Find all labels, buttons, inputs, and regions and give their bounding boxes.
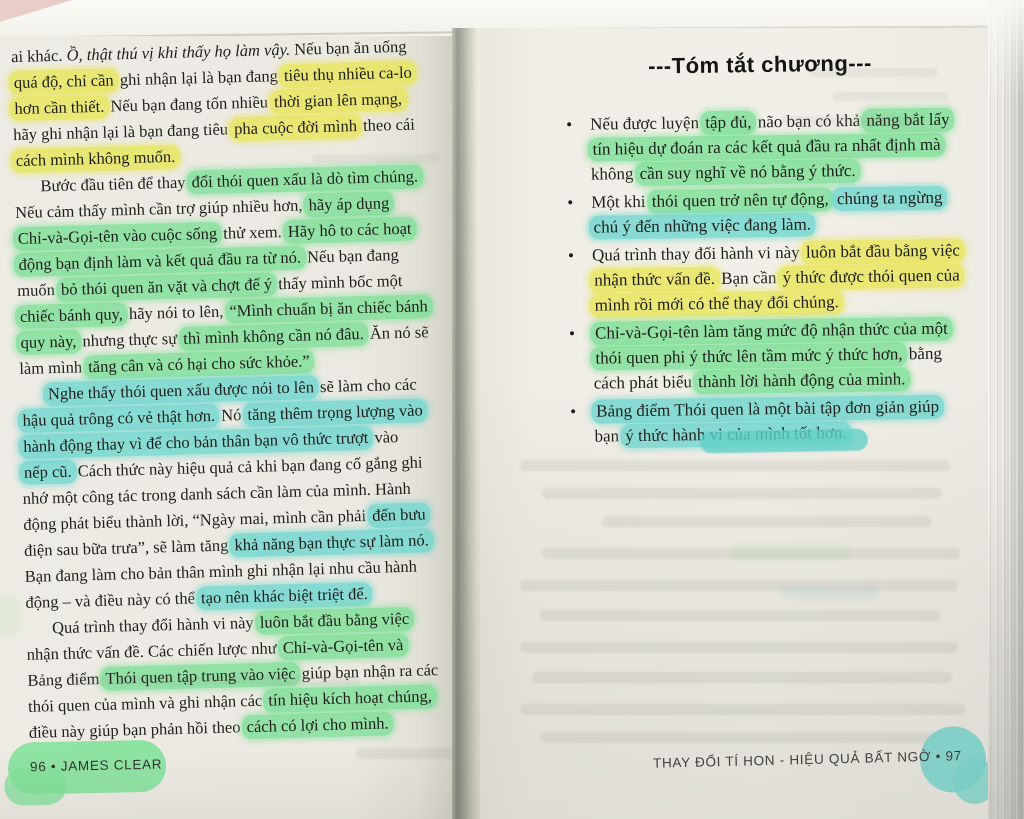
text-segment: Nếu bạn đang tốn nhiều	[106, 92, 272, 115]
book-gutter	[452, 28, 482, 819]
highlighted-text: pha cuộc đời mình	[229, 114, 362, 141]
highlighted-text: đến bưu	[367, 502, 431, 528]
left-page-text: ai khác. Ồ, thật thú vị khi thấy họ làm …	[11, 33, 465, 746]
text-segment: thói quen của mình và ghi nhận các	[28, 691, 267, 716]
right-page: ---Tóm tắt chương--- •Nếu được luyện tập…	[480, 28, 988, 819]
highlighted-text: tăng thêm trọng lượng vào	[242, 398, 428, 427]
bleed-through-text	[312, 154, 440, 163]
highlighted-text: cách có lợi cho mình.	[241, 711, 394, 739]
text-segment: Nếu bạn ăn uống	[290, 37, 407, 59]
highlighted-text: hãy áp dụng	[303, 191, 394, 217]
text-segment: hãy nói to lên,	[125, 302, 228, 324]
text-segment: Ăn nó sẽ	[366, 322, 429, 343]
highlighted-text: nếp cũ.	[19, 460, 77, 486]
text-segment: nhận thức vấn đề. Các chiến lược như	[27, 638, 282, 664]
page-shadow	[0, 749, 456, 819]
text-segment: điều này giúp bạn phản hồi theo	[29, 717, 245, 742]
highlighted-text: quy này,	[15, 329, 81, 355]
highlighted-text: thì mình không cần nó đâu.	[178, 322, 369, 351]
text-segment: theo cái	[359, 115, 415, 135]
text-segment: nhưng thực sự	[78, 329, 181, 351]
highlighted-text: Hãy hô to các hoạt	[283, 217, 417, 244]
bleed-through-text	[70, 676, 360, 685]
highlighted-text: tiêu thụ nhiều ca-lo	[279, 61, 417, 89]
highlighted-text: Chỉ-và-Gọi-tên và	[278, 633, 409, 660]
highlighted-text: chiếc bánh quy,	[15, 302, 129, 329]
text-segment: hãy ghi nhận lại là bạn đang tiêu	[13, 119, 232, 144]
text-segment: thấy mình bốc một	[274, 271, 403, 293]
highlight-bleed	[0, 596, 20, 636]
text-segment: Nếu cảm thấy mình cần trợ giúp nhiều hơn…	[15, 195, 307, 222]
text-segment: ai khác.	[11, 46, 67, 66]
text-segment: làm mình	[19, 357, 86, 378]
text-segment: sẽ làm cho các	[316, 375, 417, 397]
text-segment: thử xem.	[219, 222, 286, 243]
text-segment: Nếu bạn đang	[303, 245, 399, 267]
text-segment: Nó	[217, 405, 246, 425]
page-shadow	[480, 28, 988, 819]
text-segment: muốn	[17, 280, 59, 300]
text-segment: điện sau bữa trưa”, sẽ làm tăng	[24, 535, 233, 559]
text-segment: động – và điều này có thể	[25, 588, 199, 612]
text-segment: Ồ, thật thú vị khi thấy họ làm vậy.	[66, 40, 290, 65]
book-photo: ai khác. Ồ, thật thú vị khi thấy họ làm …	[0, 0, 1024, 819]
page-edges-stack	[988, 0, 1024, 819]
highlighted-text: quá độ, chỉ cần	[9, 68, 119, 95]
left-page: ai khác. Ồ, thật thú vị khi thấy họ làm …	[0, 36, 456, 819]
highlighted-text: tín hiệu kích hoạt chúng,	[263, 684, 437, 713]
text-segment: Quá trình thay đổi hành vi này	[52, 613, 258, 637]
highlighted-text: luôn bắt đầu bằng việc	[254, 607, 414, 635]
highlighted-text: cách mình không muốn.	[11, 145, 181, 173]
highlighted-text: tạo nên khác biệt triệt để.	[196, 582, 373, 611]
text-segment: Bước đầu tiên để thay	[40, 172, 190, 195]
highlighted-text: thời gian lên mạng,	[269, 87, 407, 115]
text-segment: ghi nhận lại là bạn đang	[115, 66, 282, 89]
highlighted-text: hơn cần thiết.	[9, 95, 109, 122]
text-segment: vào	[370, 427, 398, 447]
